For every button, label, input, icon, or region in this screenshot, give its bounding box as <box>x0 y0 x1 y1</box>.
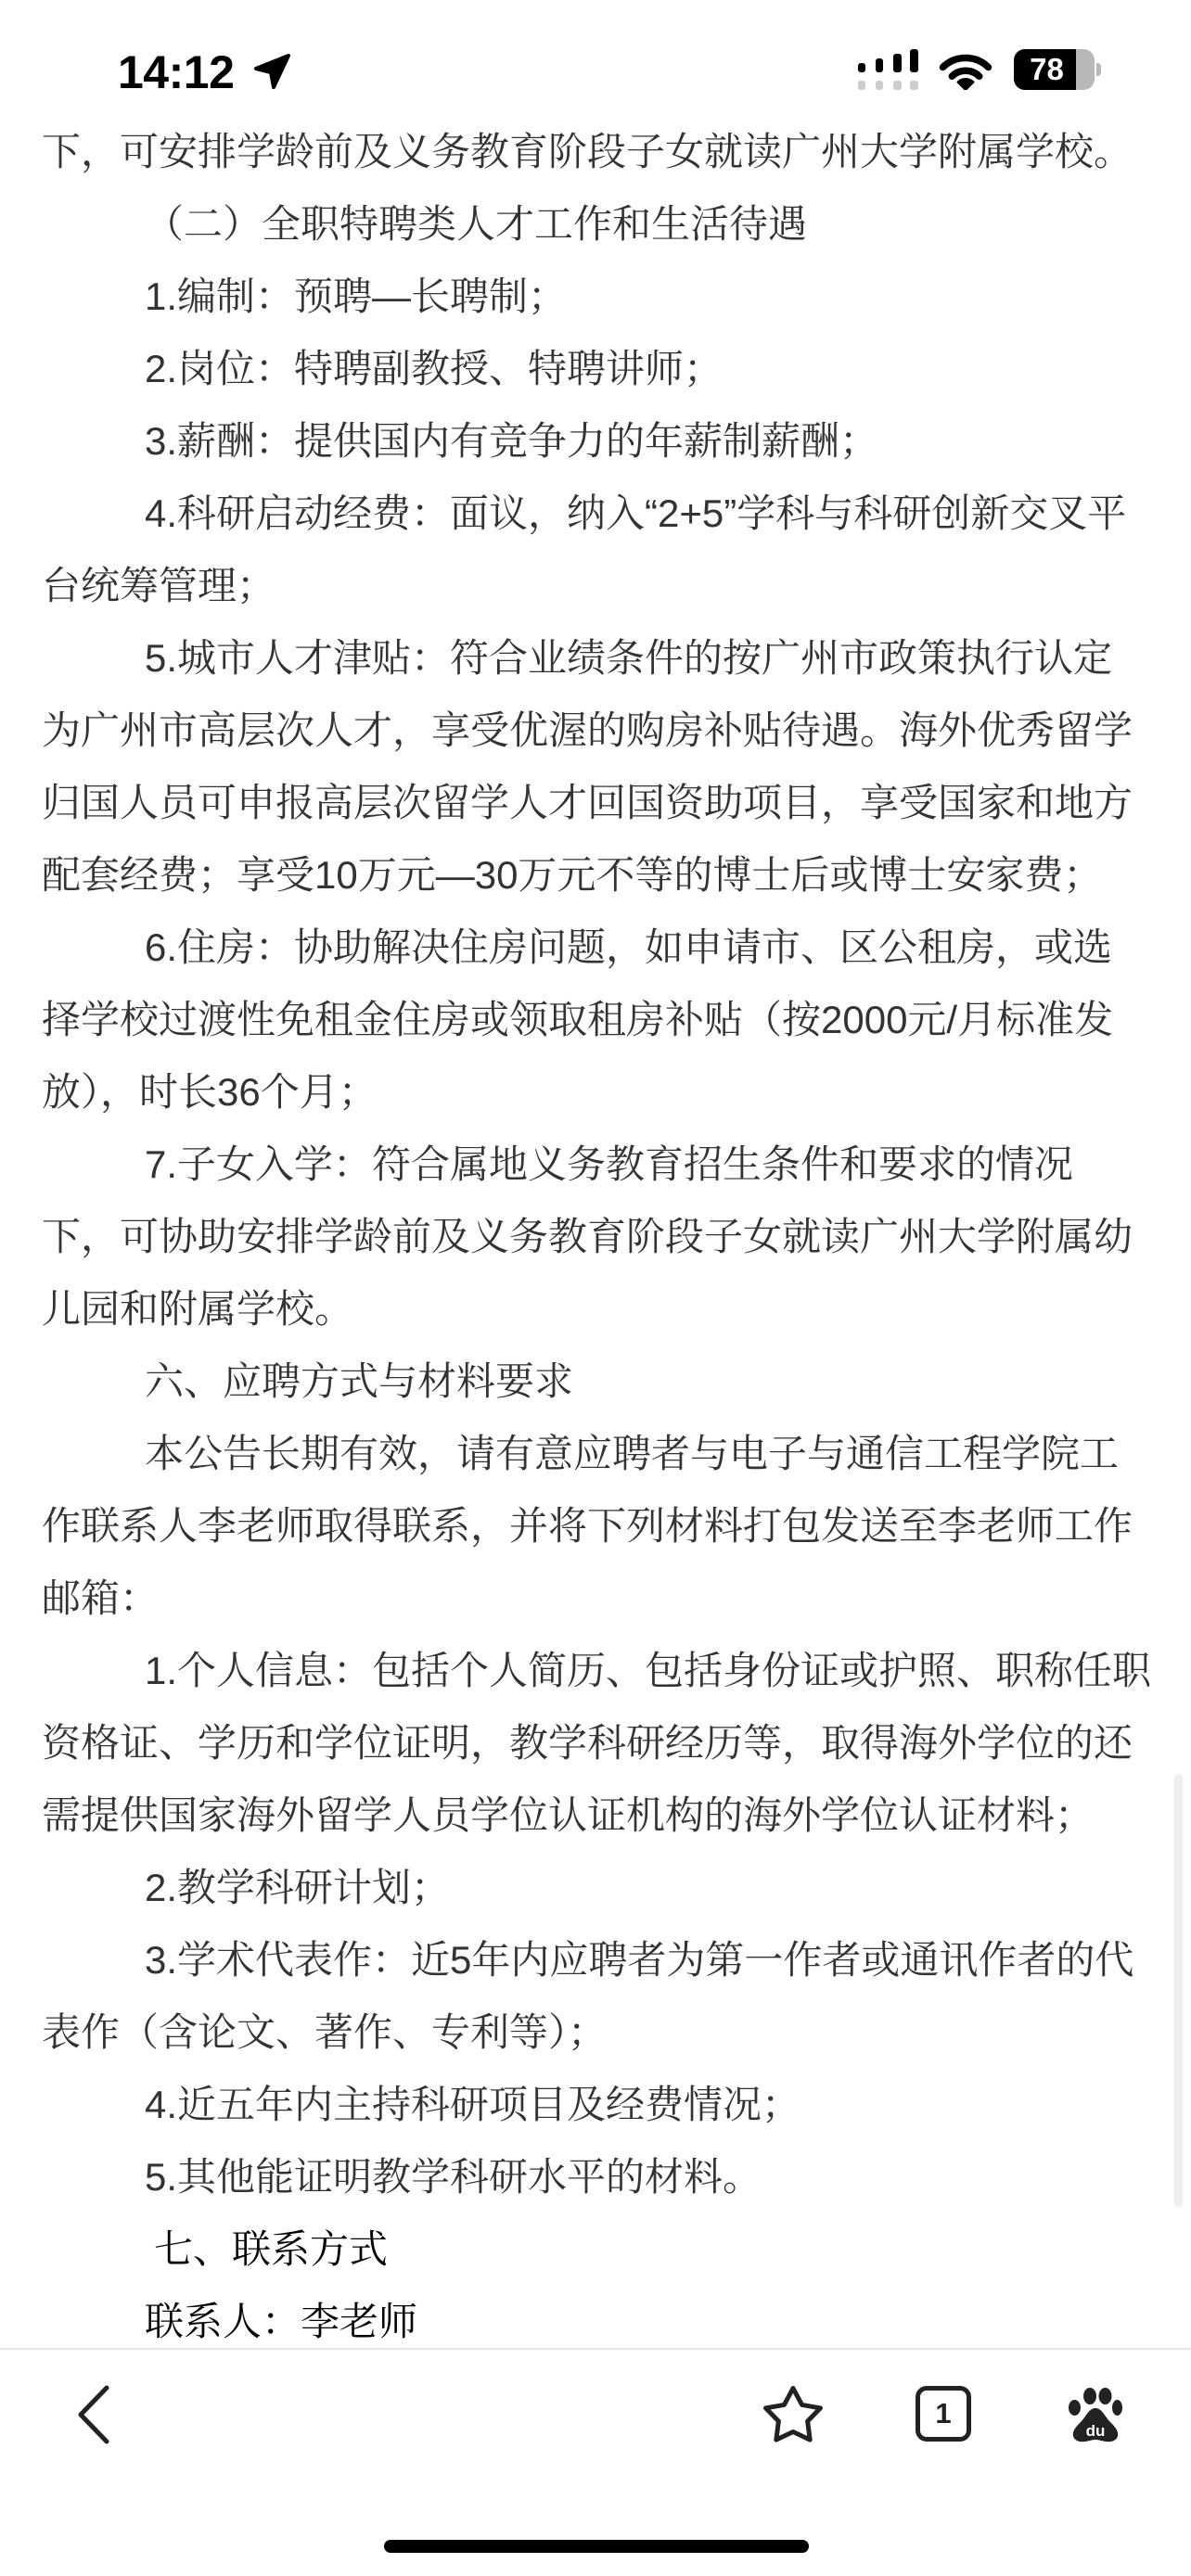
location-arrow-icon <box>253 53 290 90</box>
status-time: 14:12 <box>118 49 234 96</box>
paragraph-line: 本公告长期有效，请有意应聘者与电子与通信工程学院工 <box>42 1418 1155 1490</box>
wifi-icon <box>937 49 994 90</box>
bookmark-button[interactable] <box>761 2383 826 2448</box>
list-item-line: 4.近五年内主持科研项目及经费情况； <box>42 2069 1155 2141</box>
status-bar: 14:12 78 <box>0 0 1191 113</box>
article-body: 下，可安排学龄前及义务教育阶段子女就读广州大学附属学校。 （二）全职特聘类人才工… <box>42 116 1155 2358</box>
dual-sim-signal-icon <box>858 49 919 90</box>
section-heading-contact: 七、联系方式 <box>42 2213 1155 2286</box>
paragraph-line: 作联系人李老师取得联系，并将下列材料打包发送至李老师工作 <box>42 1490 1155 1562</box>
list-item-line: 4.科研启动经费：面议，纳入“2+5”学科与科研创新交叉平 <box>42 478 1155 550</box>
paragraph-line: 择学校过渡性免租金住房或领取租房补贴（按2000元/月标准发 <box>42 984 1155 1056</box>
battery-nub <box>1096 63 1101 76</box>
baidu-logo-text: du <box>1086 2422 1106 2440</box>
paragraph-line: 下，可协助安排学龄前及义务教育阶段子女就读广州大学附属幼 <box>42 1201 1155 1273</box>
list-item-line: 1.编制：预聘—长聘制； <box>42 261 1155 333</box>
list-item-line: 6.住房：协助解决住房问题，如申请市、区公租房，或选 <box>42 912 1155 984</box>
battery-icon: 78 <box>1014 49 1095 90</box>
paragraph-line: 台统筹管理； <box>42 550 1155 622</box>
paragraph-line: 归国人员可申报高层次留学人才回国资助项目，享受国家和地方 <box>42 767 1155 839</box>
paragraph-line: 儿园和附属学校。 <box>42 1273 1155 1345</box>
paragraph-line: 邮箱： <box>42 1562 1155 1635</box>
vertical-scrollbar[interactable] <box>1174 1774 1183 2207</box>
paragraph-line: 为广州市高层次人才，享受优渥的购房补贴待遇。海外优秀留学 <box>42 695 1155 767</box>
paragraph-line: 下，可安排学龄前及义务教育阶段子女就读广州大学附属学校。 <box>42 116 1155 188</box>
list-item-line: 3.薪酬：提供国内有竞争力的年薪制薪酬； <box>42 405 1155 478</box>
list-item-line: 2.岗位：特聘副教授、特聘讲师； <box>42 333 1155 405</box>
section-heading: 六、应聘方式与材料要求 <box>42 1345 1155 1418</box>
list-item-line: 3.学术代表作：近5年内应聘者为第一作者或通讯作者的代 <box>42 1924 1155 1996</box>
subsection-heading: （二）全职特聘类人才工作和生活待遇 <box>42 188 1155 261</box>
tab-count-button[interactable]: 1 <box>916 2386 971 2442</box>
list-item-line: 5.城市人才津贴：符合业绩条件的按广州市政策执行认定 <box>42 622 1155 695</box>
back-button[interactable] <box>74 2383 116 2448</box>
baidu-button[interactable]: du <box>1067 2383 1124 2444</box>
home-indicator[interactable] <box>384 2540 809 2553</box>
paragraph-line: 资格证、学历和学位证明，教学科研经历等，取得海外学位的还 <box>42 1707 1155 1779</box>
list-item-line: 2.教学科研计划； <box>42 1852 1155 1924</box>
paragraph-line: 放），时长36个月； <box>42 1056 1155 1129</box>
paragraph-line: 需提供国家海外留学人员学位认证机构的海外学位认证材料； <box>42 1779 1155 1852</box>
battery-level: 78 <box>1014 49 1076 90</box>
paragraph-line: 表作（含论文、著作、专利等）； <box>42 1996 1155 2069</box>
chevron-left-icon <box>81 2388 107 2442</box>
baidu-paw-icon: du <box>1069 2388 1122 2442</box>
list-item-line: 1.个人信息：包括个人简历、包括身份证或护照、职称任职 <box>42 1635 1155 1707</box>
star-icon <box>766 2389 821 2441</box>
list-item-line: 7.子女入学：符合属地义务教育招生条件和要求的情况 <box>42 1129 1155 1201</box>
paragraph-line: 配套经费；享受10万元—30万元不等的博士后或博士安家费； <box>42 839 1155 912</box>
list-item-line: 5.其他能证明教学科研水平的材料。 <box>42 2141 1155 2213</box>
